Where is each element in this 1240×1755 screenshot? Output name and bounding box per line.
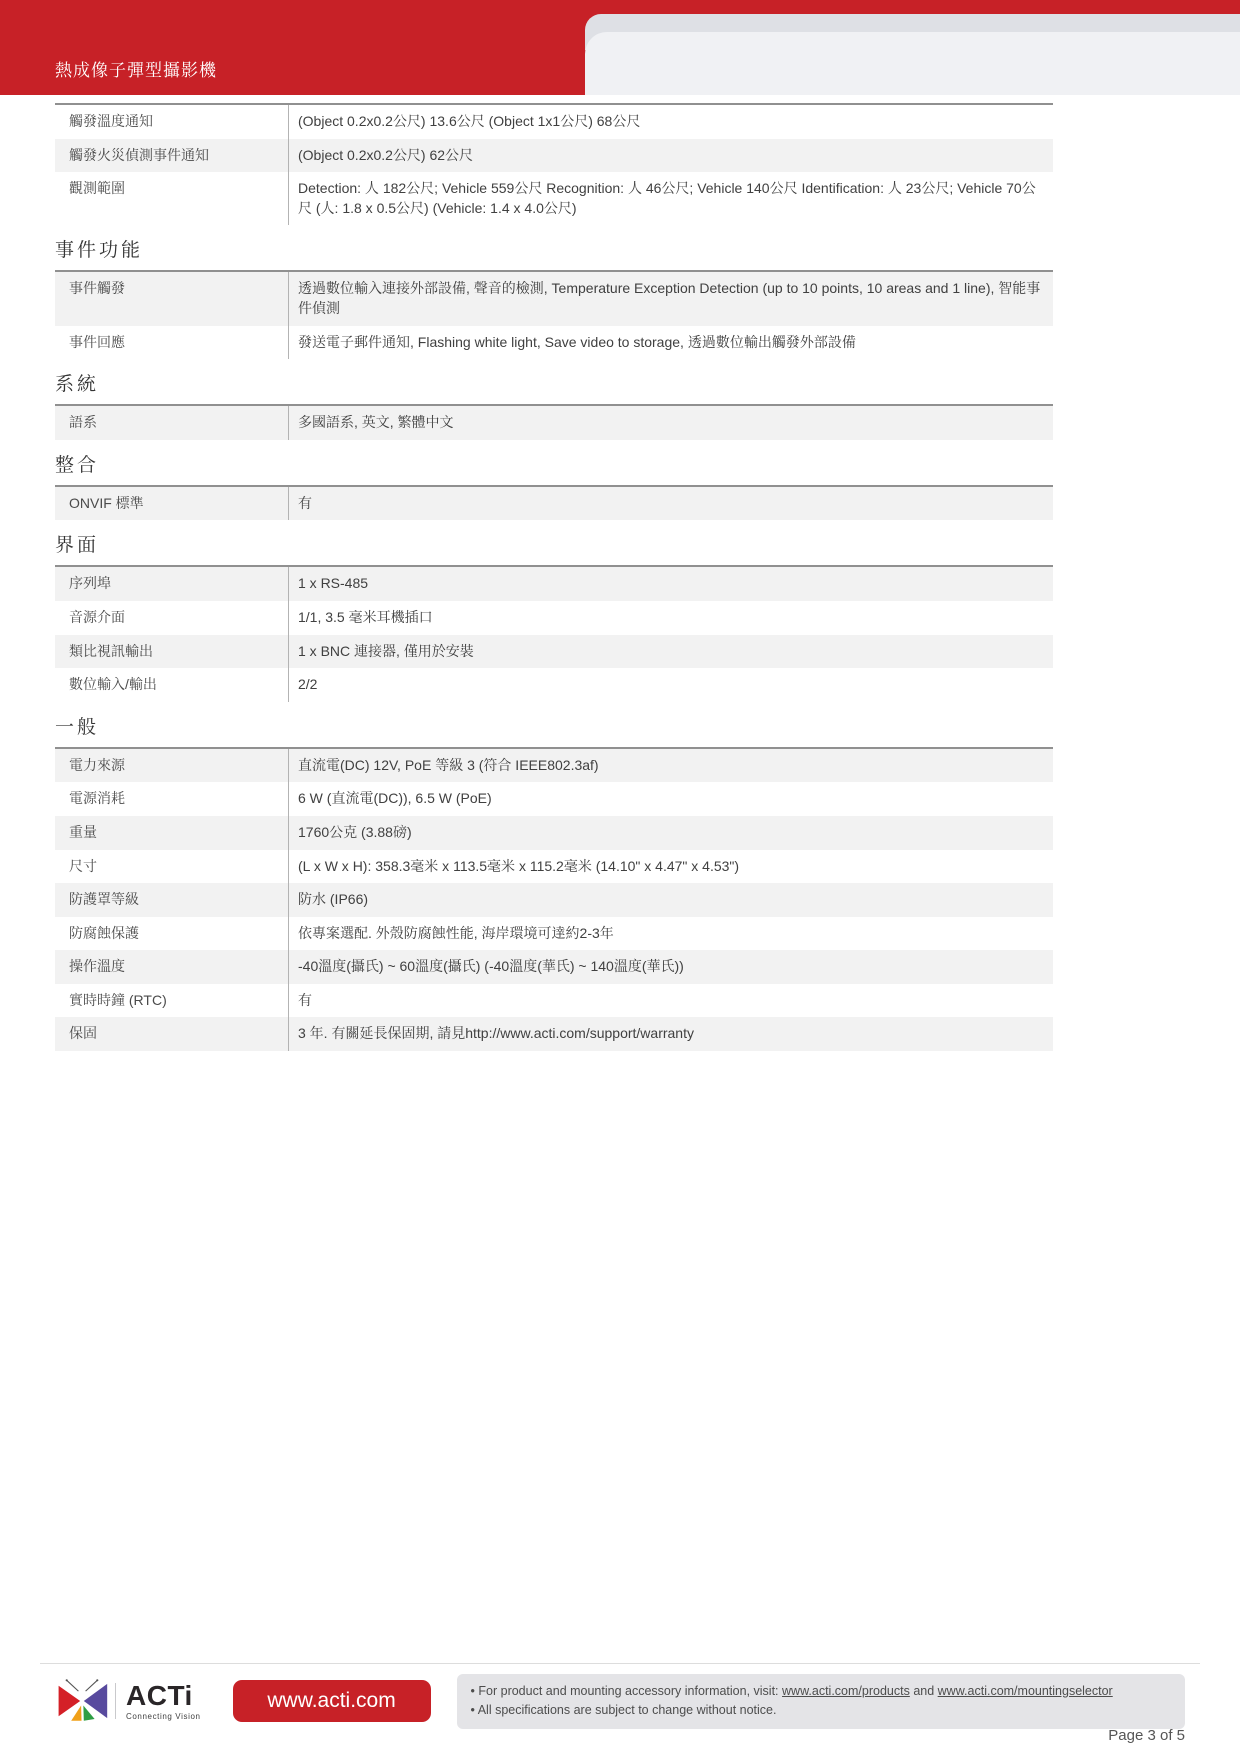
spec-value: 2/2 <box>288 668 1053 702</box>
spec-value: 直流電(DC) 12V, PoE 等級 3 (符合 IEEE802.3af) <box>288 749 1053 783</box>
brand-wordmark: ACTi <box>126 1682 201 1710</box>
spec-row: 類比視訊輸出1 x BNC 連接器, 僅用於安裝 <box>55 635 1053 669</box>
spec-row: 保固3 年. 有關延長保固期, 請見http://www.acti.com/su… <box>55 1017 1053 1051</box>
spec-label: 語系 <box>55 406 288 440</box>
brand-tagline: Connecting Vision <box>126 1713 201 1721</box>
acti-butterfly-logo-icon <box>55 1677 109 1725</box>
footer-note-line: • All specifications are subject to chan… <box>471 1701 1171 1720</box>
spec-value: 1760公克 (3.88磅) <box>288 816 1053 850</box>
spec-label: 操作溫度 <box>55 950 288 984</box>
spec-value: 1 x RS-485 <box>288 567 1053 601</box>
spec-row: ONVIF 標準有 <box>55 487 1053 521</box>
footer-link[interactable]: www.acti.com/products <box>782 1684 910 1698</box>
spec-label: 電力來源 <box>55 749 288 783</box>
spec-value: 6 W (直流電(DC)), 6.5 W (PoE) <box>288 782 1053 816</box>
spec-label: 事件回應 <box>55 326 288 360</box>
spec-label: 保固 <box>55 1017 288 1051</box>
spec-label: 尺寸 <box>55 850 288 884</box>
spec-label: 事件觸發 <box>55 272 288 325</box>
spec-row: 觸發火災偵測事件通知(Object 0.2x0.2公尺) 62公尺 <box>55 139 1053 173</box>
section-title: 整合 <box>55 454 1053 478</box>
spec-row: 事件回應發送電子郵件通知, Flashing white light, Save… <box>55 326 1053 360</box>
spec-value: 發送電子郵件通知, Flashing white light, Save vid… <box>288 326 1053 360</box>
spec-row: 防腐蝕保護依專案選配. 外殼防腐蝕性能, 海岸環境可達約2-3年 <box>55 917 1053 951</box>
spec-value: 透過數位輸入連接外部設備, 聲音的檢測, Temperature Excepti… <box>288 272 1053 325</box>
spec-value: 1 x BNC 連接器, 僅用於安裝 <box>288 635 1053 669</box>
spec-value: (Object 0.2x0.2公尺) 13.6公尺 (Object 1x1公尺)… <box>288 105 1053 139</box>
spec-label: ONVIF 標準 <box>55 487 288 521</box>
logo-text: ACTi Connecting Vision <box>126 1682 201 1721</box>
spec-value: 多國語系, 英文, 繁體中文 <box>288 406 1053 440</box>
section-title: 一般 <box>55 716 1053 740</box>
spec-table: 電力來源直流電(DC) 12V, PoE 等級 3 (符合 IEEE802.3a… <box>55 747 1053 1051</box>
spec-sections: 觸發溫度通知(Object 0.2x0.2公尺) 13.6公尺 (Object … <box>55 103 1053 1051</box>
header-bar: 熱成像子彈型攝影機 <box>0 0 1240 95</box>
page-number: Page 3 of 5 <box>1108 1727 1185 1744</box>
spec-value: 防水 (IP66) <box>288 883 1053 917</box>
spec-label: 觸發火災偵測事件通知 <box>55 139 288 173</box>
spec-label: 實時時鐘 (RTC) <box>55 984 288 1018</box>
spec-value: -40溫度(攝氏) ~ 60溫度(攝氏) (-40溫度(華氏) ~ 140溫度(… <box>288 950 1053 984</box>
spec-row: 語系多國語系, 英文, 繁體中文 <box>55 406 1053 440</box>
website-button[interactable]: www.acti.com <box>233 1680 431 1722</box>
spec-row: 重量1760公克 (3.88磅) <box>55 816 1053 850</box>
spec-row: 防護罩等級防水 (IP66) <box>55 883 1053 917</box>
spec-row: 數位輸入/輸出2/2 <box>55 668 1053 702</box>
footer-link[interactable]: www.acti.com/mountingselector <box>938 1684 1113 1698</box>
spec-value: Detection: 人 182公尺; Vehicle 559公尺 Recogn… <box>288 172 1053 225</box>
spec-label: 序列埠 <box>55 567 288 601</box>
spec-label: 電源消耗 <box>55 782 288 816</box>
spec-label: 觀測範圍 <box>55 172 288 225</box>
spec-row: 尺寸(L x W x H): 358.3毫米 x 113.5毫米 x 115.2… <box>55 850 1053 884</box>
spec-value: (Object 0.2x0.2公尺) 62公尺 <box>288 139 1053 173</box>
spec-label: 觸發溫度通知 <box>55 105 288 139</box>
spec-value: (L x W x H): 358.3毫米 x 113.5毫米 x 115.2毫米… <box>288 850 1053 884</box>
section-title: 事件功能 <box>55 239 1053 263</box>
spec-label: 數位輸入/輸出 <box>55 668 288 702</box>
spec-row: 電源消耗6 W (直流電(DC)), 6.5 W (PoE) <box>55 782 1053 816</box>
spec-label: 音源介面 <box>55 601 288 635</box>
footer-notes: • For product and mounting accessory inf… <box>457 1674 1185 1729</box>
spec-label: 類比視訊輸出 <box>55 635 288 669</box>
spec-table: 事件觸發透過數位輸入連接外部設備, 聲音的檢測, Temperature Exc… <box>55 270 1053 359</box>
spec-table: 語系多國語系, 英文, 繁體中文 <box>55 404 1053 440</box>
spec-table: ONVIF 標準有 <box>55 485 1053 521</box>
header-curve-panel <box>585 32 1240 95</box>
spec-row: 實時時鐘 (RTC)有 <box>55 984 1053 1018</box>
spec-value: 依專案選配. 外殼防腐蝕性能, 海岸環境可達約2-3年 <box>288 917 1053 951</box>
spec-table: 序列埠1 x RS-485音源介面1/1, 3.5 毫米耳機插口類比視訊輸出1 … <box>55 565 1053 701</box>
spec-value: 1/1, 3.5 毫米耳機插口 <box>288 601 1053 635</box>
spec-value: 有 <box>288 487 1053 521</box>
page-title: 熱成像子彈型攝影機 <box>55 56 217 81</box>
datasheet-page: 熱成像子彈型攝影機 觸發溫度通知(Object 0.2x0.2公尺) 13.6公… <box>0 0 1240 1755</box>
footer-divider <box>40 1663 1200 1664</box>
spec-table: 觸發溫度通知(Object 0.2x0.2公尺) 13.6公尺 (Object … <box>55 103 1053 225</box>
section-title: 系統 <box>55 373 1053 397</box>
spec-value: 有 <box>288 984 1053 1018</box>
section-title: 界面 <box>55 534 1053 558</box>
spec-label: 防護罩等級 <box>55 883 288 917</box>
spec-row: 序列埠1 x RS-485 <box>55 567 1053 601</box>
footer-note-line: • For product and mounting accessory inf… <box>471 1682 1171 1701</box>
spec-value: 3 年. 有關延長保固期, 請見http://www.acti.com/supp… <box>288 1017 1053 1051</box>
spec-row: 電力來源直流電(DC) 12V, PoE 等級 3 (符合 IEEE802.3a… <box>55 749 1053 783</box>
acti-logo: ACTi Connecting Vision <box>55 1677 201 1725</box>
spec-row: 音源介面1/1, 3.5 毫米耳機插口 <box>55 601 1053 635</box>
spec-row: 操作溫度-40溫度(攝氏) ~ 60溫度(攝氏) (-40溫度(華氏) ~ 14… <box>55 950 1053 984</box>
spec-label: 重量 <box>55 816 288 850</box>
footer-note-text: • For product and mounting accessory inf… <box>471 1684 782 1698</box>
spec-row: 觀測範圍Detection: 人 182公尺; Vehicle 559公尺 Re… <box>55 172 1053 225</box>
spec-row: 事件觸發透過數位輸入連接外部設備, 聲音的檢測, Temperature Exc… <box>55 272 1053 325</box>
footer-note-text: and <box>910 1684 938 1698</box>
footer: ACTi Connecting Vision www.acti.com • Fo… <box>55 1674 1185 1729</box>
footer-note-text: • All specifications are subject to chan… <box>471 1703 777 1717</box>
spec-label: 防腐蝕保護 <box>55 917 288 951</box>
spec-row: 觸發溫度通知(Object 0.2x0.2公尺) 13.6公尺 (Object … <box>55 105 1053 139</box>
logo-divider <box>115 1683 116 1719</box>
